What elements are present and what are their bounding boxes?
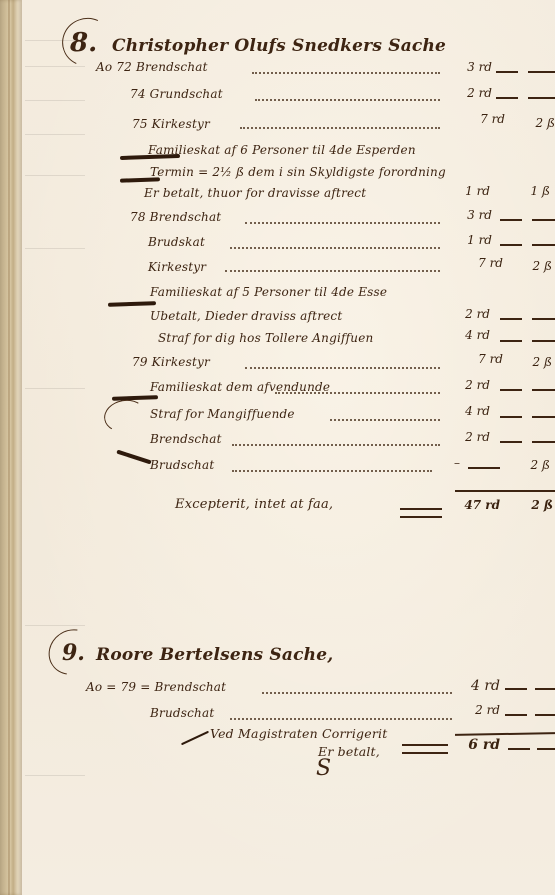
- section-1-total-rd: 47 rd: [440, 498, 500, 512]
- amount-dash: [532, 441, 555, 443]
- entry-label: Er betalt, thuor for dravisse aftrect: [144, 186, 366, 200]
- amount-rd: 3 rd: [452, 208, 492, 222]
- amount-dash: [500, 441, 522, 443]
- total-double-rule: [402, 744, 448, 754]
- dotted-leader: [245, 222, 440, 224]
- entry-label: Kirkestyr: [148, 260, 206, 274]
- entry-label: Brendschat: [150, 432, 222, 446]
- section-2-title: Roore Bertelsens Sache,: [96, 645, 333, 665]
- entry-label: Brudskat: [148, 235, 205, 249]
- dotted-leader: [330, 419, 440, 421]
- amount-dash: [500, 318, 522, 320]
- entry-label: Brudschat: [150, 458, 214, 472]
- ghost-line: [25, 775, 85, 776]
- entry-label: Ubetalt, Dieder draviss aftrect: [150, 309, 342, 323]
- amount-dash: [505, 688, 527, 690]
- amount-rd: 3 rd: [452, 60, 492, 74]
- entry-label: Ao = 79 = Brendschat: [86, 680, 226, 694]
- section-2-total-note-1: Ved Magistraten Corrigerit: [210, 726, 387, 741]
- amount-rd: –: [440, 456, 460, 470]
- amount-dash: [508, 748, 530, 750]
- amount-dash: [500, 389, 522, 391]
- amount-rd: 4 rd: [448, 404, 490, 418]
- amount-rd: 1 rd: [440, 184, 490, 198]
- amount-rd: 2 rd: [448, 378, 490, 392]
- entry-label: Brudschat: [150, 706, 214, 720]
- amount-dash: [532, 244, 555, 246]
- closing-paraph-mark: S: [316, 756, 331, 781]
- section-1-total-sk: 2 ß: [508, 498, 553, 512]
- dotted-leader: [232, 444, 440, 446]
- amount-dash: [468, 467, 500, 469]
- section-1-number: 8.: [70, 28, 97, 58]
- ghost-line: [25, 248, 85, 249]
- amount-dash: [537, 748, 555, 750]
- ledger-page: 8. Christopher Olufs Snedkers Sache Ao 7…: [0, 0, 555, 895]
- ghost-line: [25, 66, 85, 67]
- amount-dash: [500, 416, 522, 418]
- ghost-line: [25, 134, 85, 135]
- dotted-leader: [232, 470, 432, 472]
- entry-label: 78 Brendschat: [130, 210, 221, 224]
- section-2-number: 9.: [62, 640, 85, 666]
- entry-label: Familieskat af 5 Personer til 4de Esse: [150, 285, 387, 299]
- dotted-leader: [230, 718, 452, 720]
- total-rule: [455, 732, 555, 735]
- total-rule: [455, 490, 555, 492]
- amount-dash: [532, 389, 555, 391]
- ghost-line: [25, 625, 85, 626]
- initial-flourish: [102, 397, 149, 436]
- dotted-leader: [255, 99, 440, 101]
- amount-sk: 2 ß: [512, 355, 552, 369]
- ghost-line: [25, 175, 85, 176]
- entry-label: 75 Kirkestyr: [132, 117, 210, 131]
- dotted-leader: [262, 692, 452, 694]
- swash-stroke: [108, 301, 156, 307]
- amount-dash: [532, 416, 555, 418]
- ghost-line: [25, 388, 85, 389]
- amount-rd: 2 rd: [452, 86, 492, 100]
- amount-sk: 2 ß: [515, 116, 555, 130]
- entry-label: Termin = 2½ ß dem i sin Skyldigste foror…: [150, 165, 446, 179]
- amount-dash: [528, 71, 555, 73]
- amount-dash: [535, 688, 555, 690]
- amount-rd: 7 rd: [448, 256, 503, 270]
- amount-rd: 1 rd: [452, 233, 492, 247]
- amount-dash: [500, 219, 522, 221]
- entry-label: 79 Kirkestyr: [132, 355, 210, 369]
- entry-label: Straf for dig hos Tollere Angiffuen: [158, 331, 373, 345]
- dotted-leader: [245, 367, 440, 369]
- dotted-leader: [225, 270, 440, 272]
- amount-rd: 4 rd: [455, 678, 500, 694]
- entry-label: Straf for Mangiffuende: [150, 407, 295, 421]
- entry-label: Familieskat af 6 Personer til 4de Esperd…: [148, 143, 416, 157]
- amount-dash: [500, 244, 522, 246]
- amount-sk: 2 ß: [512, 259, 552, 273]
- dotted-leader: [275, 392, 440, 394]
- amount-rd: 7 rd: [455, 112, 505, 126]
- amount-rd: 4 rd: [445, 328, 490, 342]
- amount-sk: 2 ß: [505, 458, 550, 472]
- dotted-leader: [240, 127, 440, 129]
- amount-dash: [532, 318, 555, 320]
- amount-rd: 2 rd: [455, 703, 500, 717]
- entry-label: 74 Grundschat: [130, 87, 223, 101]
- amount-dash: [496, 97, 518, 99]
- entry-label: Ao 72 Brendschat: [96, 60, 208, 74]
- ghost-line: [25, 100, 85, 101]
- amount-dash: [532, 340, 555, 342]
- section-2-total-rd: 6 rd: [448, 737, 500, 753]
- amount-dash: [496, 71, 518, 73]
- amount-dash: [505, 714, 527, 716]
- section-1-title: Christopher Olufs Snedkers Sache: [112, 36, 446, 56]
- section-1-total-note: Excepterit, intet at faa,: [175, 497, 333, 512]
- amount-dash: [528, 97, 555, 99]
- dotted-leader: [252, 72, 440, 74]
- swash-stroke: [181, 731, 209, 745]
- book-binding-edge: [0, 0, 22, 895]
- amount-dash: [500, 340, 522, 342]
- total-double-rule: [400, 508, 442, 518]
- amount-rd: 7 rd: [448, 352, 503, 366]
- swash-stroke: [116, 450, 151, 465]
- amount-rd: 2 rd: [445, 307, 490, 321]
- amount-rd: 2 rd: [448, 430, 490, 444]
- dotted-leader: [230, 247, 440, 249]
- amount-dash: [535, 714, 555, 716]
- amount-sk: 1 ß: [510, 184, 550, 198]
- amount-dash: [532, 219, 555, 221]
